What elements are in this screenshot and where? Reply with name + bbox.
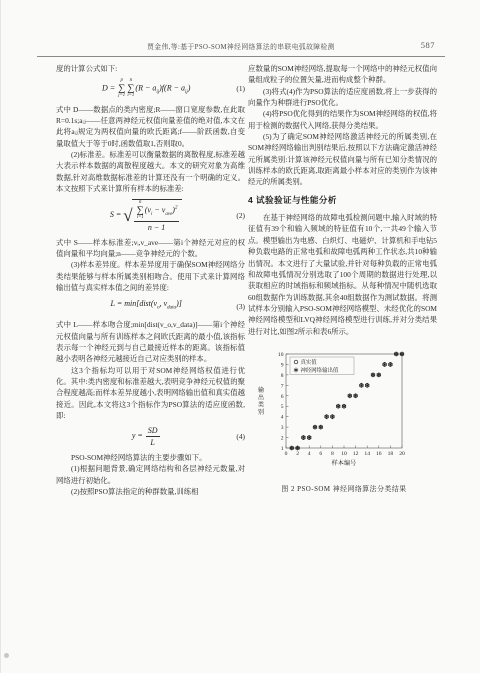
legend: 真实值神经网络输出值 — [290, 357, 354, 375]
section-heading: 4 试验验证与性能分析 — [248, 195, 437, 206]
x-tick-label: 18 — [388, 451, 394, 457]
paragraph: 式中 L——样本吻合度;min[dist(v_o,v_data)]——第i个神经… — [56, 319, 245, 364]
formula-body: S = √n∑i=1(vi − vave)2n − 1 — [56, 199, 236, 231]
equation-number: (3) — [236, 301, 245, 312]
formula-3: L = min[dist(vo, vdata)](3) — [56, 298, 245, 314]
paragraph: 在基于神经网络的故障电弧检测问题中,输入时域的特征值有39个和输入频域的特征值有… — [248, 212, 437, 337]
x-tick-label: 14 — [364, 451, 370, 457]
y-axis-label: 输出类别 — [258, 386, 264, 416]
x-tick-label: 4 — [308, 451, 311, 457]
equation-number: (2) — [236, 210, 245, 221]
paragraph: 这3个指标均可以用于对SOM神经网络权值进行优化。其中:类内密度和标准差越大,表… — [56, 365, 245, 422]
paragraph: (4)将PSO优化得到的结果作为SOM神经网络的权值,将用于检测的数据代入网络,… — [248, 108, 437, 131]
x-tick-label: 10 — [341, 451, 347, 457]
x-axis-label: 样本编号 — [332, 459, 357, 467]
scan-artifact — [4, 653, 9, 658]
formula-body: y = SDL — [56, 426, 236, 446]
y-tick-label: 4 — [281, 415, 284, 421]
running-head-title: 贾金伟,等:基于PSO-SOM神经网络算法的串联电弧故障检测 — [37, 41, 445, 51]
left-column: 度的计算公式如下:D = p∑j=1n∑i=1(R − aij)f(R − ai… — [56, 63, 245, 497]
y-tick-label: 3 — [281, 425, 284, 431]
formula-body: D = p∑j=1n∑i=1(R − aij)f(R − aij) — [56, 79, 236, 98]
paragraph: 式中 D——数据点的类内密度;R——窗口宽度参数,在此取R=0.1s;aᵢⱼ——… — [56, 104, 245, 149]
y-tick-label: 8 — [281, 373, 284, 379]
x-tick-label: 12 — [353, 451, 359, 457]
paragraph: (5)为了确定SOM神经网络激活神经元的所属类别,在SOM神经网络输出判别结果后… — [248, 131, 437, 188]
paragraph: (2)标准差。标准差可以衡量数据的离散程度,标准差越大表示样本数据的离散程度越大… — [56, 149, 245, 194]
formula-1: D = p∑j=1n∑i=1(R − aij)f(R − aij)(1) — [56, 79, 245, 98]
y-tick-label: 1 — [281, 446, 284, 452]
y-tick-label: 6 — [281, 394, 284, 400]
equation-number: (1) — [236, 83, 245, 94]
right-column: 应数量的SOM神经网络,提取每一个网络中的神经元权值向量组成粒子的位置矢量,进而… — [248, 63, 437, 496]
x-tick-label: 20 — [399, 451, 405, 457]
header-rule — [37, 56, 445, 57]
y-tick-label: 7 — [281, 383, 284, 389]
paragraph: (3)样本差异度。样本差异度用于确保SOM神经网络分类结果能够与样本所属类别相吻… — [56, 259, 245, 293]
x-tick-label: 8 — [331, 451, 334, 457]
x-tick-label: 16 — [376, 451, 382, 457]
legend-label-network-output: 神经网络输出值 — [301, 366, 339, 374]
x-tick-label: 2 — [296, 451, 299, 457]
y-tick-label: 2 — [281, 435, 284, 441]
equation-number: (4) — [236, 431, 245, 442]
x-tick-label: 0 — [285, 451, 288, 457]
formula-body: L = min[dist(vo, vdata)] — [56, 298, 236, 314]
formula-2: S = √n∑i=1(vi − vave)2n − 1(2) — [56, 199, 245, 231]
x-tick-label: 6 — [319, 451, 322, 457]
figure-2: 0246810121416182012345678910样本编号输出类别真实值神… — [248, 346, 440, 496]
page-header: 贾金伟,等:基于PSO-SOM神经网络算法的串联电弧故障检测 587 — [37, 41, 445, 53]
y-tick-label: 10 — [278, 352, 284, 358]
figure-caption: 图 2 PSO-SOM 神经网络算法分类结果 — [248, 484, 440, 495]
legend-label-true-value: 真实值 — [301, 358, 318, 366]
formula-4: y = SDL(4) — [56, 426, 245, 446]
page-number: 587 — [421, 40, 435, 50]
classification-scatter-chart: 0246810121416182012345678910样本编号输出类别真实值神… — [248, 346, 440, 478]
y-tick-label: 9 — [281, 362, 284, 368]
y-tick-label: 5 — [281, 404, 284, 410]
paragraph: 式中 S——样本标准差;vᵢ,v_ave——第i个神经元对应的权值向量和平均向量… — [56, 237, 245, 260]
paragraph: 度的计算公式如下: — [56, 63, 245, 74]
paragraph: (2)按照PSO算法指定的种群数量,训练相 — [56, 486, 245, 497]
paragraph: PSO-SOM神经网络算法的主要步骤如下。 — [56, 452, 245, 463]
paragraph: (3)将式(4)作为PSO算法的适应度函数,将上一步获得的向量作为种群进行PSO… — [248, 86, 437, 109]
paragraph: (1)根据问题背景,确定网络结构和各层神经元数量,对网络进行初始化。 — [56, 463, 245, 486]
paragraph: 应数量的SOM神经网络,提取每一个网络中的神经元权值向量组成粒子的位置矢量,进而… — [248, 63, 437, 86]
